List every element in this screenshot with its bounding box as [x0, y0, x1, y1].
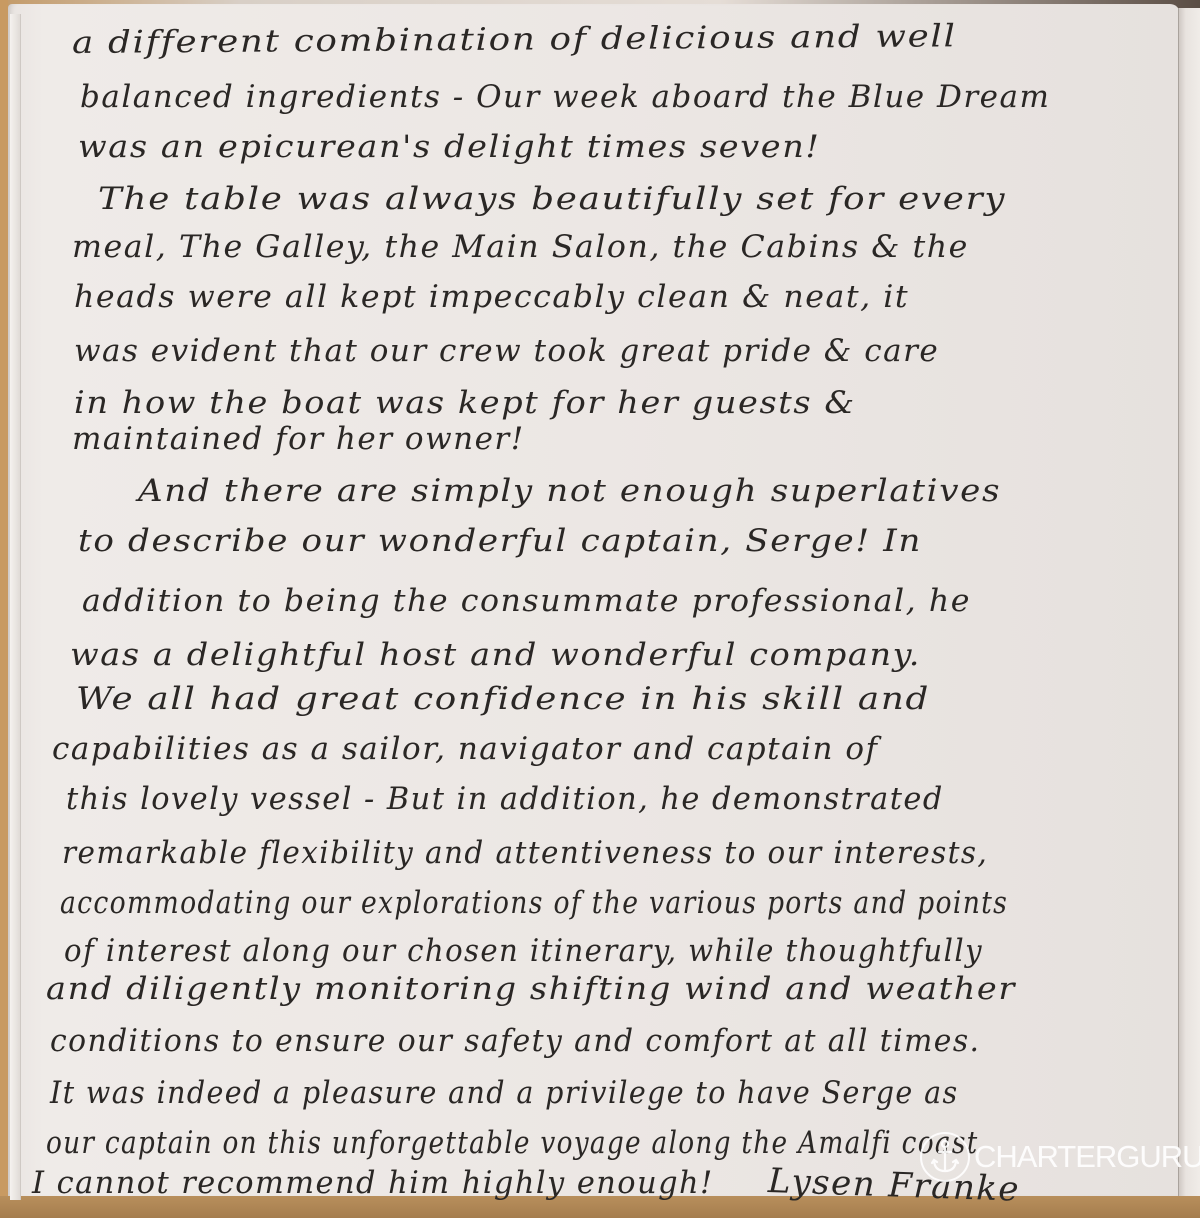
- page-edge-right: [1178, 8, 1200, 1196]
- handwritten-line: of interest along our chosen itinerary, …: [64, 936, 983, 967]
- charterguru-watermark: CHARTERGURU: [920, 1132, 1200, 1182]
- guestbook-page: a different combination of delicious and…: [8, 4, 1180, 1196]
- handwritten-line: our captain on this unforgettable voyage…: [46, 1128, 978, 1159]
- handwritten-line: and diligently monitoring shifting wind …: [46, 974, 1016, 1005]
- handwritten-line: And there are simply not enough superlat…: [138, 476, 1001, 507]
- handwritten-line: conditions to ensure our safety and comf…: [50, 1026, 980, 1057]
- handwritten-line: addition to being the consummate profess…: [82, 586, 971, 617]
- handwritten-line: was evident that our crew took great pri…: [74, 336, 939, 367]
- handwritten-line: The table was always beautifully set for…: [98, 184, 1006, 215]
- handwritten-line: a different combination of delicious and…: [72, 21, 957, 59]
- handwritten-line: this lovely vessel - But in addition, he…: [66, 784, 944, 815]
- handwritten-line: It was indeed a pleasure and a privilege…: [50, 1078, 959, 1109]
- handwritten-line: in how the boat was kept for her guests …: [74, 388, 856, 419]
- handwritten-line: balanced ingredients - Our week aboard t…: [80, 82, 1050, 113]
- page-edge-left: [10, 14, 21, 1200]
- handwritten-line: was an epicurean's delight times seven!: [78, 132, 820, 163]
- photo-background-left: [0, 0, 8, 1218]
- anchor-icon: [920, 1132, 970, 1182]
- handwritten-line: We all had great confidence in his skill…: [76, 684, 930, 715]
- handwritten-line: was a delightful host and wonderful comp…: [70, 640, 921, 671]
- handwritten-line: meal, The Galley, the Main Salon, the Ca…: [72, 232, 969, 263]
- handwritten-line: heads were all kept impeccably clean & n…: [74, 282, 909, 313]
- handwritten-line: I cannot recommend him highly enough!: [32, 1168, 714, 1199]
- handwritten-line: remarkable flexibility and attentiveness…: [62, 838, 988, 869]
- handwritten-line: capabilities as a sailor, navigator and …: [52, 734, 878, 765]
- watermark-brand-text: CHARTERGURU: [974, 1139, 1200, 1175]
- handwritten-line: maintained for her owner!: [72, 424, 525, 455]
- handwritten-line: accommodating our explorations of the va…: [60, 888, 1008, 919]
- handwritten-line: to describe our wonderful captain, Serge…: [78, 526, 922, 557]
